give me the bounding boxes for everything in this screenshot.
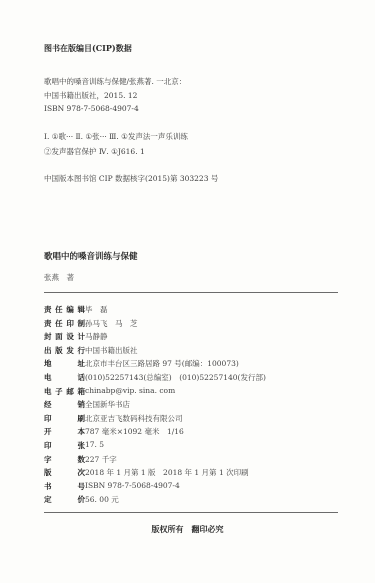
cip-line: ISBN 978-7-5068-4907-4 (44, 104, 139, 113)
detail-value: 中国书籍出版社 (85, 345, 138, 356)
detail-row: 经销全国新华书店 (44, 399, 130, 410)
detail-value: 全国新华书店 (85, 399, 130, 410)
cip-line: 歌唱中的嗓音训练与保健/张燕著. 一北京： (44, 76, 186, 87)
detail-label: 书号 (44, 481, 85, 492)
cip-heading: 图书在版编目(CIP)数据 (44, 43, 132, 54)
detail-value: 马静静 (85, 331, 108, 342)
detail-row: 印刷北京亚吉飞数码科技有限公司 (44, 413, 183, 424)
detail-value: 孙马飞 马 芝 (85, 318, 138, 329)
detail-value: 17. 5 (85, 440, 104, 451)
detail-row: 定价56. 00 元 (44, 494, 119, 505)
book-title: 歌唱中的嗓音训练与保健 (44, 250, 138, 262)
divider-top (44, 292, 338, 293)
detail-label: 出版发行 (44, 345, 85, 356)
copyright-notice: 版权所有 翻印必究 (0, 524, 375, 535)
detail-row: 字数227 千字 (44, 454, 117, 465)
detail-label: 开本 (44, 426, 85, 437)
detail-value: 毕 磊 (85, 304, 108, 315)
detail-value: 227 千字 (85, 454, 117, 465)
detail-row: 印张17. 5 (44, 440, 104, 451)
detail-row: 电子邮箱chinabp@vip. sina. com (44, 386, 175, 397)
detail-row: 出版发行中国书籍出版社 (44, 345, 138, 356)
detail-value: (010)52257143(总编室) (010)52257140(发行部) (85, 372, 266, 383)
detail-label: 印张 (44, 440, 85, 451)
detail-label: 电话 (44, 372, 85, 383)
detail-value: chinabp@vip. sina. com (85, 386, 175, 397)
detail-label: 定价 (44, 494, 85, 505)
detail-row: 开本787 毫米×1092 毫米 1/16 (44, 426, 184, 437)
detail-row: 版次2018 年 1 月第 1 版 2018 年 1 月第 1 次印刷 (44, 467, 249, 478)
detail-value: 北京市丰台区三路居路 97 号(邮编：100073) (85, 358, 239, 369)
detail-row: 书号ISBN 978-7-5068-4907-4 (44, 481, 180, 492)
detail-value: 56. 00 元 (85, 494, 119, 505)
detail-value: 2018 年 1 月第 1 版 2018 年 1 月第 1 次印刷 (85, 467, 249, 478)
detail-row: 封面设计马静静 (44, 331, 108, 342)
detail-label: 版次 (44, 467, 85, 478)
detail-label: 地址 (44, 358, 85, 369)
cip-classification: Ⅰ. ①歌··· Ⅱ. ①张··· Ⅲ. ①发声法一声乐训练 (44, 131, 188, 142)
detail-row: 电话(010)52257143(总编室) (010)52257140(发行部) (44, 372, 266, 383)
detail-row: 地址北京市丰台区三路居路 97 号(邮编：100073) (44, 358, 239, 369)
book-author: 张燕 著 (44, 272, 74, 283)
detail-value: ISBN 978-7-5068-4907-4 (85, 481, 180, 492)
detail-label: 印刷 (44, 413, 85, 424)
detail-value: 北京亚吉飞数码科技有限公司 (85, 413, 183, 424)
cip-classification: ②发声器官保护 Ⅳ. ①J616. 1 (44, 146, 145, 157)
divider-bottom (44, 512, 338, 513)
detail-label: 字数 (44, 454, 85, 465)
detail-label: 经销 (44, 399, 85, 410)
cip-line: 中国书籍出版社，2015. 12 (44, 90, 137, 101)
detail-label: 责任印制 (44, 318, 85, 329)
detail-label: 责任编辑 (44, 304, 85, 315)
detail-label: 封面设计 (44, 331, 85, 342)
cip-record-number: 中国版本图书馆 CIP 数据核字(2015)第 303223 号 (44, 173, 218, 184)
detail-label: 电子邮箱 (44, 386, 85, 397)
detail-row: 责任编辑毕 磊 (44, 304, 108, 315)
detail-row: 责任印制孙马飞 马 芝 (44, 318, 138, 329)
detail-value: 787 毫米×1092 毫米 1/16 (85, 426, 184, 437)
